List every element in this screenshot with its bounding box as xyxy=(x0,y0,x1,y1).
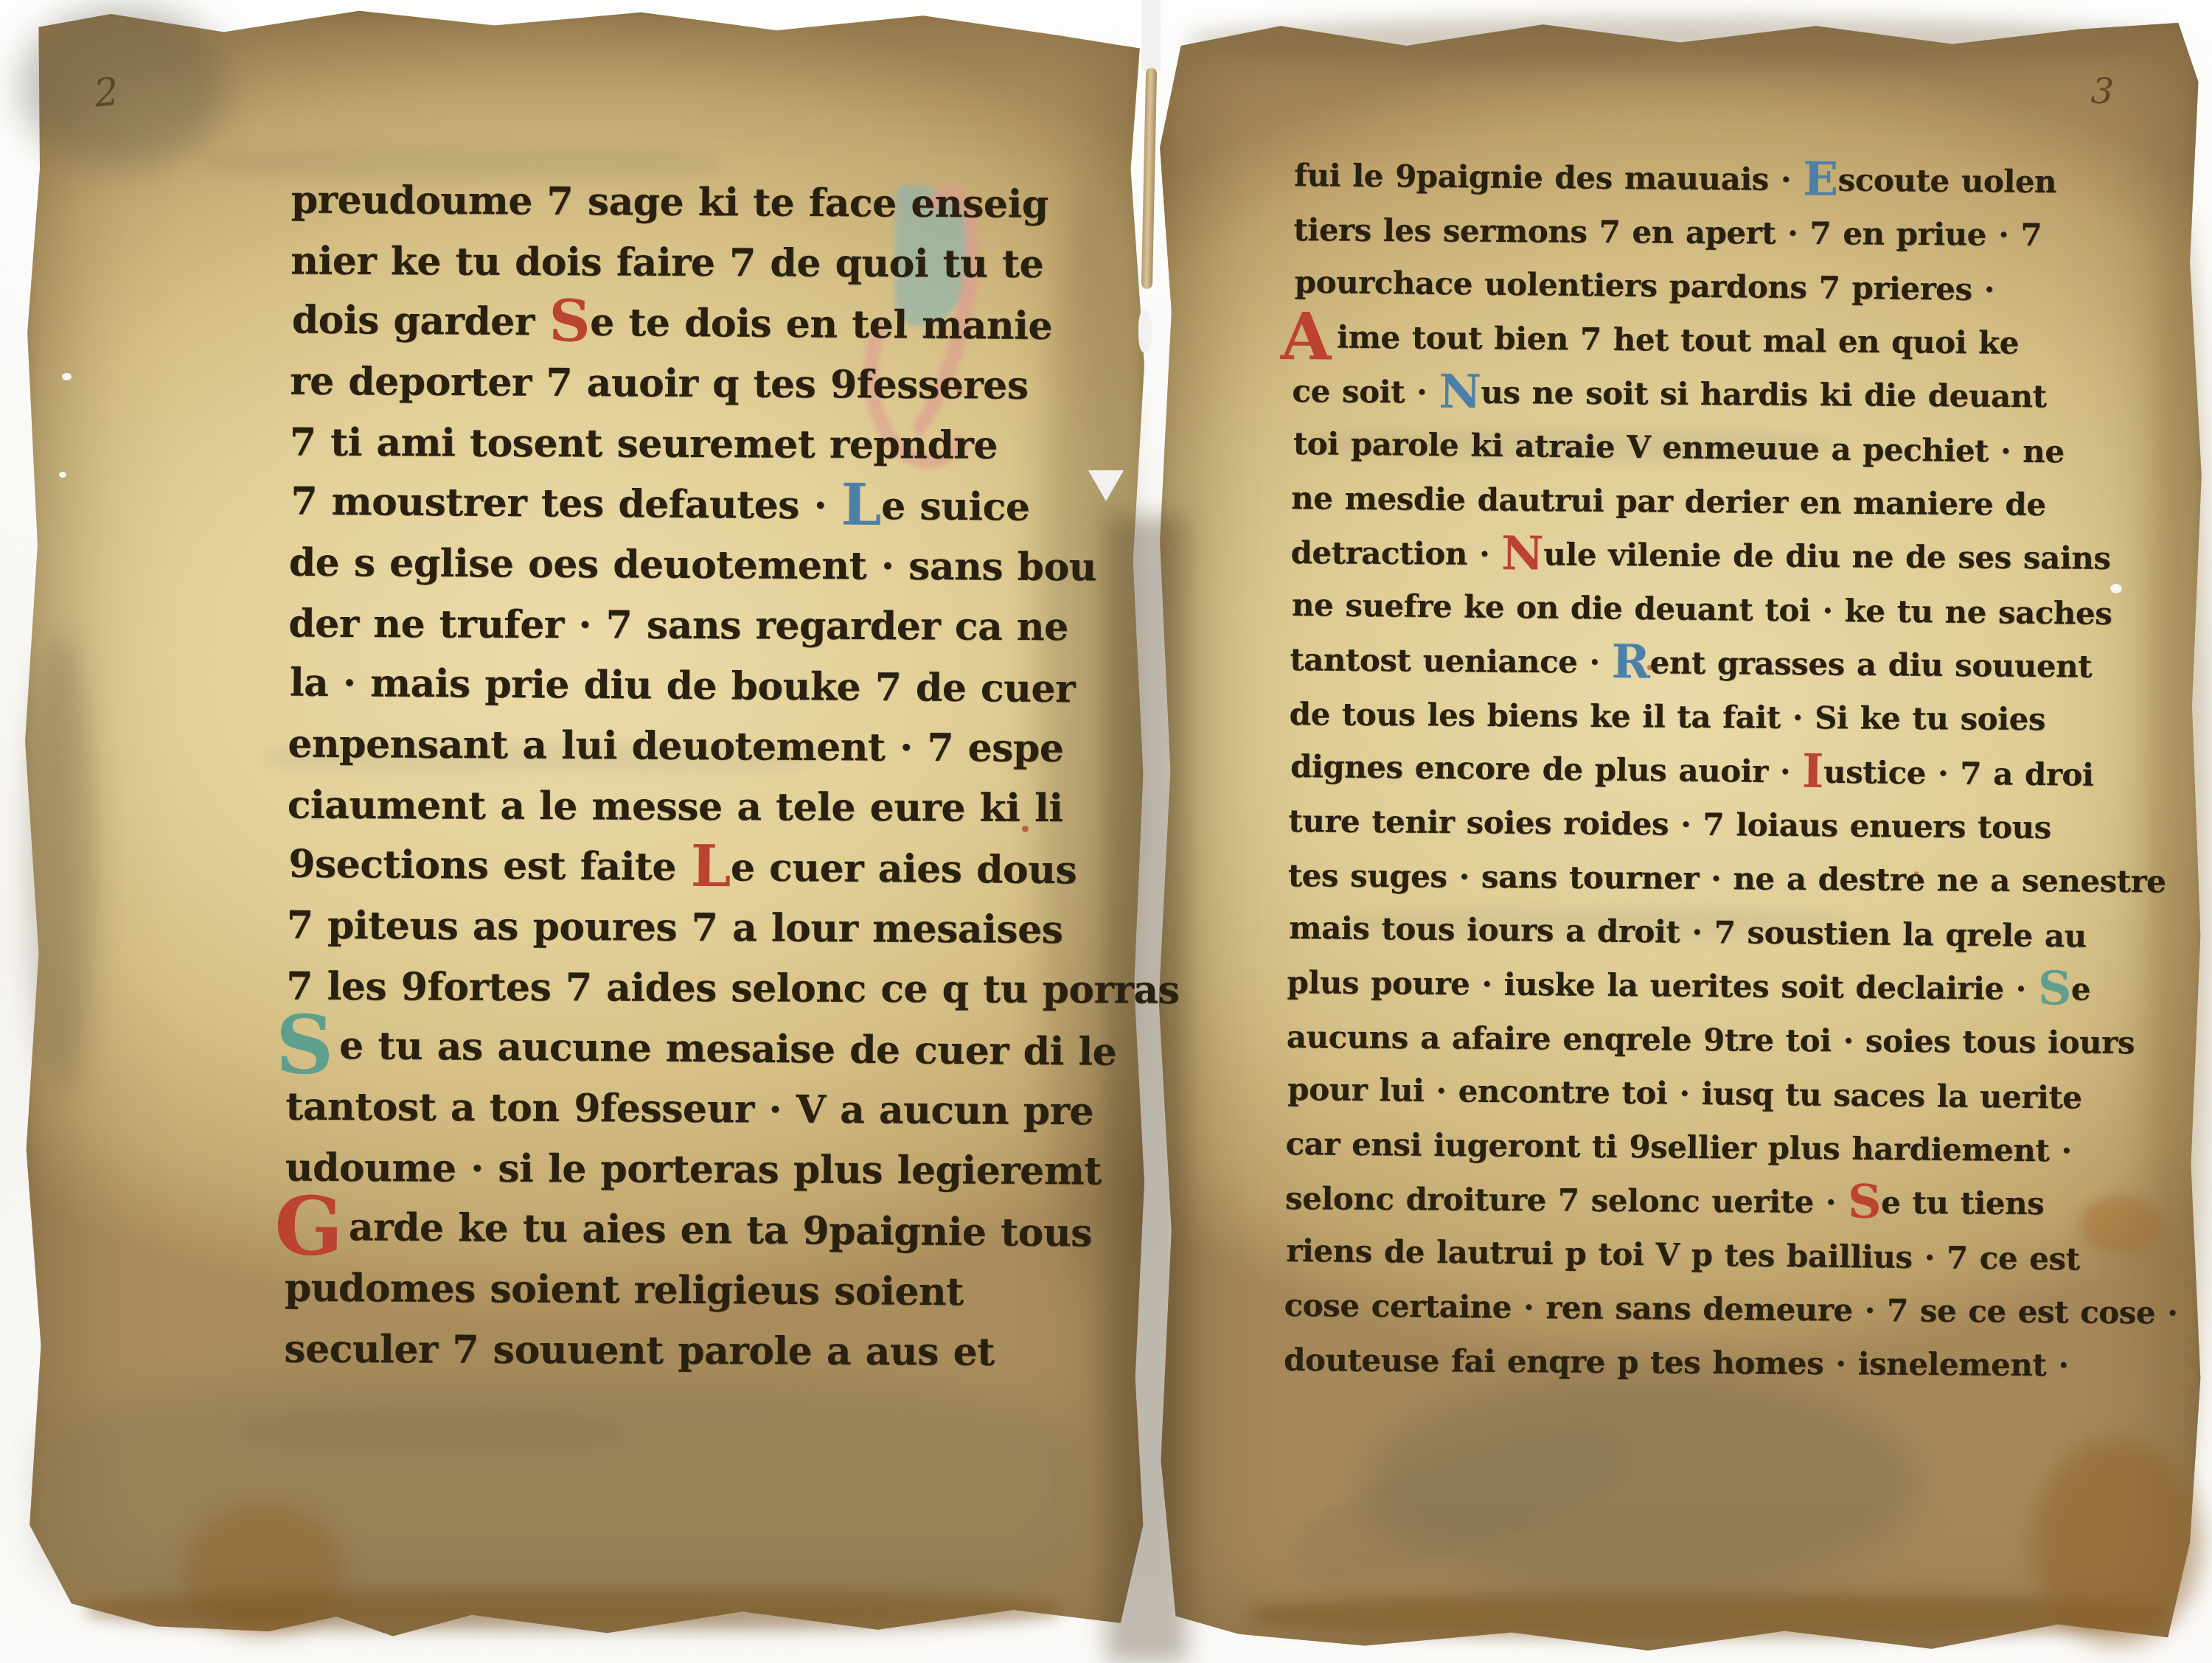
text-line: dignes encore de plus auoir · Iustice · … xyxy=(1290,739,2124,802)
text-segment: der ne trufer · 7 sans regarder ca ne xyxy=(288,602,1068,650)
gutter-gap xyxy=(1141,0,1161,71)
text-line: pudomes soient religieus soient xyxy=(285,1258,1096,1324)
text-line: de tous les biens ke il ta fait · Si ke … xyxy=(1289,687,2122,747)
text-segment: fui le 9paignie des mauuais · xyxy=(1294,157,1804,198)
text-segment: tantost ueniance · xyxy=(1290,641,1612,680)
text-line: tantost ueniance · Rent grasses a diu so… xyxy=(1290,632,2124,694)
decorated-initial: S xyxy=(1848,1174,1882,1229)
text-line: preudoume 7 sage ki te face enseig xyxy=(291,170,1102,236)
text-line: tes suges · sans tourner · ne a destre n… xyxy=(1287,848,2121,908)
text-segment: ustice · 7 a droi xyxy=(1823,754,2094,793)
text-line: 7 moustrer tes defautes · Le suice xyxy=(291,472,1102,539)
text-segment: la · mais prie diu de bouke 7 de cuer xyxy=(290,660,1076,712)
text-line: Aime tout bien 7 het tout mal en quoi ke xyxy=(1293,310,2126,371)
text-segment: nier ke tu dois faire 7 de quoi tu te xyxy=(291,239,1043,287)
text-segment: pour lui · encontre toi · iusq tu saces … xyxy=(1287,1071,2082,1116)
decorated-initial: N xyxy=(1439,364,1481,419)
text-segment: car ensi iugeront ti 9sellier plus hardi… xyxy=(1285,1126,2071,1168)
decorated-initial: L xyxy=(841,471,881,538)
text-segment: plus poure · iuske la uerites soit decla… xyxy=(1287,964,2038,1007)
text-line: ciaument a le messe a tele eure ki li xyxy=(288,775,1099,840)
text-segment: e tu tiens xyxy=(1881,1185,2045,1222)
text-line: udoume · si le porteras plus legieremt xyxy=(285,1138,1096,1202)
text-line: toi parole ki atraie V enmeuue a pechiet… xyxy=(1293,416,2126,479)
text-segment: dignes encore de plus auoir · xyxy=(1290,748,1803,790)
text-segment: re deporter 7 auoir q tes 9fesseres xyxy=(290,359,1029,408)
decorated-initial: S xyxy=(2038,961,2072,1015)
text-segment: ne suefre ke on die deuant toi · ke tu n… xyxy=(1292,587,2112,632)
text-segment: seculer 7 souuent parole a aus et xyxy=(284,1327,995,1375)
text-line: ne suefre ke on die deuant toi · ke tu n… xyxy=(1292,578,2126,641)
text-segment: 7 les 9fortes 7 aides selonc ce q tu por… xyxy=(286,964,1179,1013)
page-number-right: 3 xyxy=(2090,70,2115,113)
text-segment: e te dois en tel manie xyxy=(590,300,1052,349)
decorated-initial: S xyxy=(549,287,591,355)
text-segment: e tu as aucune mesaise de cuer di le xyxy=(339,1023,1117,1075)
text-segment: ture tenir soies roides · 7 loiaus enuer… xyxy=(1288,803,2051,846)
text-line: der ne trufer · 7 sans regarder ca ne xyxy=(288,594,1099,658)
text-line: fui le 9paignie des mauuais · Escoute uo… xyxy=(1294,148,2128,209)
text-segment: us ne soit si hardis ki die deuant xyxy=(1481,374,2046,414)
text-segment: ent grasses a diu souuent xyxy=(1649,644,2092,684)
text-segment: pourchace uolentiers pardons 7 prieres · xyxy=(1295,264,1995,307)
text-line: ture tenir soies roides · 7 loiaus enuer… xyxy=(1288,794,2122,855)
text-segment: ciaument a le messe a tele eure ki li xyxy=(288,783,1063,831)
text-line: plus poure · iuske la uerites soit decla… xyxy=(1287,955,2121,1017)
right-page-text: fui le 9paignie des mauuais · Escoute uo… xyxy=(1284,148,2128,1393)
text-line: mais tous iours a droit · 7 soustien la … xyxy=(1289,901,2123,963)
text-line: 7 les 9fortes 7 aides selonc ce q tu por… xyxy=(286,957,1097,1021)
text-segment: enpensant a lui deuotement · 7 espe xyxy=(288,722,1063,771)
text-line: detraction · Nule vilenie de diu ne de s… xyxy=(1290,526,2124,585)
decorated-initial: S xyxy=(276,1045,333,1045)
text-segment: cose certaine · ren sans demeure · 7 se … xyxy=(1284,1287,2177,1331)
text-line: aucuns a afaire enqrele 9tre toi · soies… xyxy=(1287,1010,2120,1070)
text-segment: 9sections est faite xyxy=(288,842,691,890)
text-line: Se tu as aucune mesaise de cuer di le xyxy=(287,1015,1099,1082)
text-segment: ule vilenie de diu ne de ses sains xyxy=(1543,536,2110,576)
text-segment: aucuns a afaire enqrele 9tre toi · soies… xyxy=(1287,1019,2135,1061)
text-segment: dois garder xyxy=(292,298,549,345)
text-segment: douteuse fai enqre p tes homes · isnelem… xyxy=(1284,1342,2069,1383)
left-page-text: preudoume 7 sage ki te face enseignier k… xyxy=(284,170,1102,1384)
text-segment: ne mesdie dautrui par derier en maniere … xyxy=(1291,480,2046,523)
text-line: tiers les sermons 7 en apert · 7 en priu… xyxy=(1293,203,2126,262)
text-segment: preudoume 7 sage ki te face enseig xyxy=(291,178,1048,227)
text-segment: ce soit · xyxy=(1292,373,1439,410)
text-segment: 7 ti ami tosent seuremet repndre xyxy=(290,420,998,468)
text-segment: 7 moustrer tes defautes · xyxy=(291,479,841,529)
decorated-initial: L xyxy=(690,833,731,900)
gutter-gap xyxy=(1138,310,1152,352)
text-line: cose certaine · ren sans demeure · 7 se … xyxy=(1284,1278,2118,1339)
text-segment: scoute uolen xyxy=(1838,162,2057,201)
text-segment: e suice xyxy=(881,484,1030,530)
text-segment: e cuer aies dous xyxy=(731,845,1077,893)
text-segment: tantost a ton 9fesseur · V a aucun pre xyxy=(285,1084,1093,1134)
text-line: pourchace uolentiers pardons 7 prieres · xyxy=(1294,255,2128,318)
text-line: ne mesdie dautrui par derier en maniere … xyxy=(1291,471,2125,532)
decorated-initial: I xyxy=(1802,744,1824,798)
text-segment: selonc droiture 7 selonc uerite · xyxy=(1285,1180,1848,1220)
text-line: riens de lautrui p toi V p tes baillius … xyxy=(1286,1224,2120,1286)
text-line: re deporter 7 auoir q tes 9fesseres xyxy=(290,352,1101,417)
decorated-initial: E xyxy=(1803,151,1838,206)
text-line: dois garder Se te dois en tel manie xyxy=(291,290,1103,358)
text-line: Garde ke tu aies en ta 9paignie tous xyxy=(286,1196,1098,1263)
text-segment: arde ke tu aies en ta 9paignie tous xyxy=(349,1204,1092,1255)
text-line: de s eglise oes deuotement · sans bou xyxy=(289,533,1100,599)
text-segment: de tous les biens ke il ta fait · Si ke … xyxy=(1289,696,2045,737)
text-line: 7 ti ami tosent seuremet repndre xyxy=(290,413,1101,477)
text-segment: 7 piteus as poures 7 a lour mesaises xyxy=(287,903,1063,952)
text-segment: e xyxy=(2071,971,2091,1007)
text-segment: udoume · si le porteras plus legieremt xyxy=(285,1146,1102,1194)
text-segment: toi parole ki atraie V enmeuue a pechiet… xyxy=(1293,425,2065,470)
text-line: selonc droiture 7 selonc uerite · Se tu … xyxy=(1285,1171,2118,1231)
manuscript-photo: 2 3 preudoume 7 sage ki te face enseigni… xyxy=(0,0,2212,1663)
text-segment: riens de lautrui p toi V p tes baillius … xyxy=(1286,1233,2080,1277)
text-line: 7 piteus as poures 7 a lour mesaises xyxy=(287,896,1098,961)
text-segment: de s eglise oes deuotement · sans bou xyxy=(289,540,1097,590)
text-line: enpensant a lui deuotement · 7 espe xyxy=(288,714,1099,780)
text-segment: tes suges · sans tourner · ne a destre n… xyxy=(1288,857,2166,899)
page-number-left: 2 xyxy=(92,69,121,116)
text-segment: mais tous iours a droit · 7 soustien la … xyxy=(1289,910,2087,955)
decorated-initial: A xyxy=(1281,336,1331,337)
text-line: 9sections est faite Le cuer aies dous xyxy=(288,834,1100,902)
text-line: tantost a ton 9fesseur · V a aucun pre xyxy=(285,1077,1096,1143)
decorated-initial: G xyxy=(274,1226,343,1227)
text-line: car ensi iugeront ti 9sellier plus hardi… xyxy=(1285,1117,2119,1178)
decorated-initial: N xyxy=(1501,526,1544,580)
text-segment: pudomes soient religieus soient xyxy=(285,1266,964,1315)
text-line: ce soit · Nus ne soit si hardis ki die d… xyxy=(1292,364,2125,424)
text-line: seculer 7 souuent parole a aus et xyxy=(284,1319,1095,1384)
text-line: nier ke tu dois faire 7 de quoi tu te xyxy=(291,231,1102,296)
decorated-initial: R xyxy=(1611,634,1650,688)
text-segment: tiers les sermons 7 en apert · 7 en priu… xyxy=(1293,212,2042,253)
text-segment: detraction · xyxy=(1290,534,1501,572)
text-segment: ime tout bien 7 het tout mal en quoi ke xyxy=(1337,319,2019,361)
text-line: pour lui · encontre toi · iusq tu saces … xyxy=(1287,1062,2121,1125)
text-line: la · mais prie diu de bouke 7 de cuer xyxy=(289,653,1101,720)
text-line: douteuse fai enqre p tes homes · isnelem… xyxy=(1284,1333,2117,1392)
